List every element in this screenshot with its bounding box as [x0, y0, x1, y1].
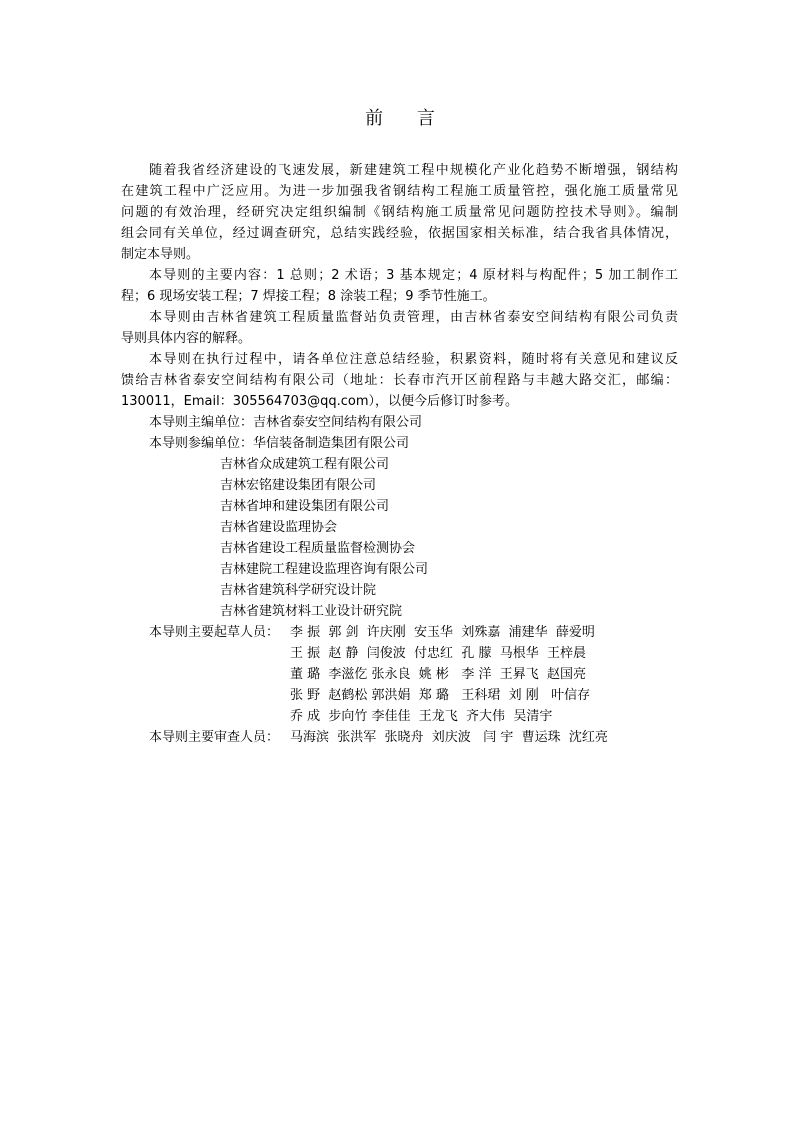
- intro-line-2: 在建筑工程中广泛应用。为进一步加强我省钢结构工程施工质量管控，强化施工质量常见: [121, 181, 678, 202]
- participants-label: 本导则参编单位：: [149, 436, 253, 451]
- intro-line-1: 随着我省经济建设的飞速发展，新建建筑工程中规模化产业化趋势不断增强，钢结构: [149, 160, 678, 181]
- document-page: 前 言 随着我省经济建设的飞速发展，新建建筑工程中规模化产业化趋势不断增强，钢结…: [0, 0, 800, 1132]
- drafters-label: 本导则主要起草人员：: [149, 622, 279, 643]
- participant-unit: 吉林建院工程建设监理咨询有限公司: [220, 559, 428, 580]
- chief-editor-label: 本导则主编单位：: [149, 415, 253, 430]
- page-title: 前 言: [0, 107, 800, 131]
- feedback-line-1: 本导则在执行过程中，请各单位注意总结经验，积累资料，随时将有关意见和建议反: [149, 349, 678, 370]
- intro-line-5: 制定本导则。: [121, 244, 199, 265]
- management-line-2: 导则具体内容的解释。: [121, 328, 251, 349]
- drafters-row: 乔 成 步向竹 李佳佳 王龙飞 齐大伟 吴清宇: [290, 706, 552, 727]
- chief-editor-value: 吉林省泰安空间结构有限公司: [253, 415, 422, 430]
- participant-unit: 吉林省建设监理协会: [220, 517, 337, 538]
- participant-unit: 吉林宏铭建设集团有限公司: [220, 475, 376, 496]
- reviewers-value: 马海滨 张洪军 张晓舟 刘庆波 闫 宇 曹运珠 沈红亮: [290, 727, 608, 748]
- intro-line-3: 问题的有效治理，经研究决定组织编制《钢结构施工质量常见问题防控技术导则》。编制: [121, 202, 678, 223]
- participants-row: 本导则参编单位：华信装备制造集团有限公司: [149, 433, 409, 454]
- contents-line-2: 程；6 现场安装工程；7 焊接工程；8 涂装工程；9 季节性施工。: [121, 286, 496, 307]
- contents-line-1: 本导则的主要内容：1 总则；2 术语；3 基本规定；4 原材料与构配件；5 加工…: [149, 265, 678, 286]
- reviewers-label: 本导则主要审查人员：: [149, 727, 279, 748]
- participant-unit: 华信装备制造集团有限公司: [253, 436, 409, 451]
- drafters-row: 王 振 赵 静 闫俊波 付忠红 孔 朦 马根华 王梓晨: [290, 643, 586, 664]
- drafters-row: 张 野 赵鹤松 郭洪娟 郑 璐 王科珺 刘 刚 叶信存: [290, 685, 590, 706]
- participant-unit: 吉林省众成建筑工程有限公司: [220, 454, 389, 475]
- feedback-line-3: 130011，Email：305564703@qq.com），以便今后修订时参考…: [121, 391, 518, 412]
- drafters-row: 李 振 郭 剑 许庆刚 安玉华 刘殊嘉 浦建华 薛爱明: [290, 622, 595, 643]
- feedback-line-2: 馈给吉林省泰安空间结构有限公司（地址：长春市汽开区前程路与丰越大路交汇，邮编：: [121, 370, 678, 391]
- participant-unit: 吉林省建筑材料工业设计研究院: [220, 601, 402, 622]
- chief-editor-row: 本导则主编单位：吉林省泰安空间结构有限公司: [149, 412, 422, 433]
- participant-unit: 吉林省建筑科学研究设计院: [220, 580, 376, 601]
- participant-unit: 吉林省建设工程质量监督检测协会: [220, 538, 415, 559]
- participant-unit: 吉林省坤和建设集团有限公司: [220, 496, 389, 517]
- intro-line-4: 组会同有关单位，经过调查研究，总结实践经验，依据国家相关标准，结合我省具体情况，: [121, 223, 678, 244]
- management-line-1: 本导则由吉林省建筑工程质量监督站负责管理，由吉林省泰安空间结构有限公司负责: [149, 307, 678, 328]
- drafters-row: 董 璐 李滋仡 张永良 姚 彬 李 洋 王昪飞 赵国亮: [290, 664, 586, 685]
